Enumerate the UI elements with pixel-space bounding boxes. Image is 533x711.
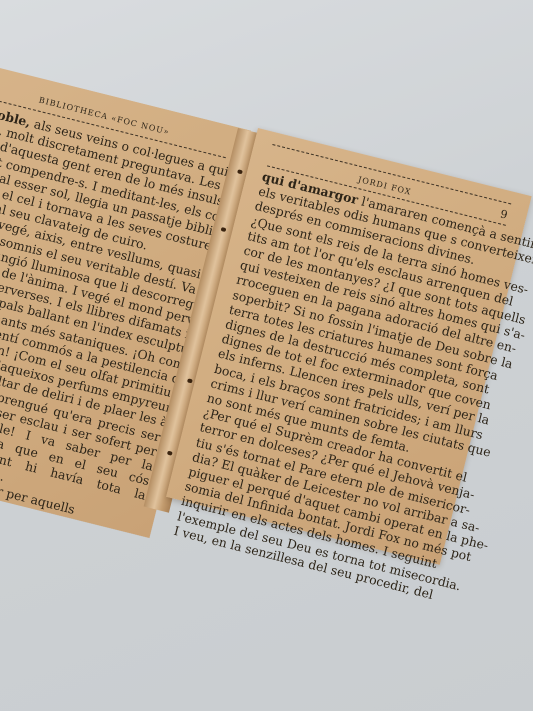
stitch-hole: [187, 378, 193, 383]
right-page-number: 9: [499, 207, 510, 222]
stitch-hole: [237, 169, 243, 174]
photo-scene: 8 BIBLIOTHECA «FOC NOU» del poble, als s…: [0, 0, 533, 711]
stitch-hole: [221, 227, 227, 232]
stitch-hole: [167, 451, 173, 456]
